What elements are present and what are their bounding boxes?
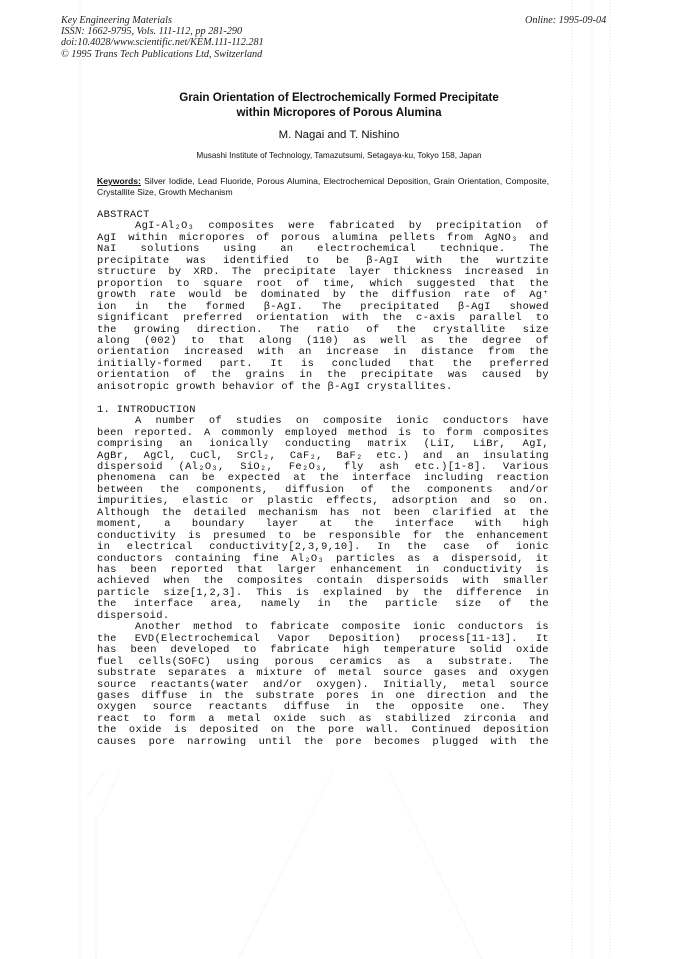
title-line-2: within Micropores of Porous Alumina [0,105,678,120]
introduction-line: moment,aboundarylayerattheinterfacewithh… [97,519,549,530]
affiliation: Musashi Institute of Technology, Tamazut… [0,151,678,160]
journal-name: Key Engineering Materials [61,15,264,26]
section-gap [97,393,549,404]
abstract-line: anisotropic growth behavior of the β-AgI… [97,382,549,393]
introduction-line: comprisinganionicallyconductingmatrix(Li… [97,439,549,450]
paper-title: Grain Orientation of Electrochemically F… [0,90,678,120]
title-line-1: Grain Orientation of Electrochemically F… [0,90,678,105]
abstract-body: AgI-Al₂O₃compositeswerefabricatedbypreci… [97,221,549,393]
introduction-line: hasbeendevelopedtofabricatehightemperatu… [97,645,549,656]
copyright-line: © 1995 Trans Tech Publications Ltd, Swit… [61,49,264,60]
authors: M. Nagai and T. Nishino [0,129,678,141]
issn-line: ISSN: 1662-9795, Vols. 111-112, pp 281-2… [61,26,264,37]
introduction-body: Anumberofstudiesoncompositeionicconducto… [97,416,549,748]
abstract-line: growthratewouldbedominatedbythediffusion… [97,290,549,301]
introduction-line: Anumberofstudiesoncompositeionicconducto… [97,416,549,427]
keywords-label: Keywords: [97,176,141,186]
keywords-text: Silver Iodide, Lead Fluoride, Porous Alu… [97,176,549,197]
introduction-line: inelectricalconductivity[2,3,9,10].Inthe… [97,542,549,553]
introduction-line: reacttoformametaloxidesuchasstabilizedzi… [97,714,549,725]
doi-line[interactable]: doi:10.4028/www.scientific.net/KEM.111-1… [61,37,264,48]
journal-citation: Key Engineering Materials ISSN: 1662-979… [61,15,264,60]
keywords: Keywords: Silver Iodide, Lead Fluoride, … [97,176,549,198]
abstract-line: structurebyXRD.Theprecipitatelayerthickn… [97,267,549,278]
online-date: Online: 1995-09-04 [525,15,606,26]
body-text: ABSTRACT AgI-Al₂O₃compositeswerefabricat… [97,210,549,748]
introduction-line: substrateseparatesamixtureofmetalsourceg… [97,668,549,679]
introduction-line: causesporenarrowinguntiltheporebecomespl… [97,737,549,748]
abstract-line: significantpreferredorientationwiththec-… [97,313,549,324]
